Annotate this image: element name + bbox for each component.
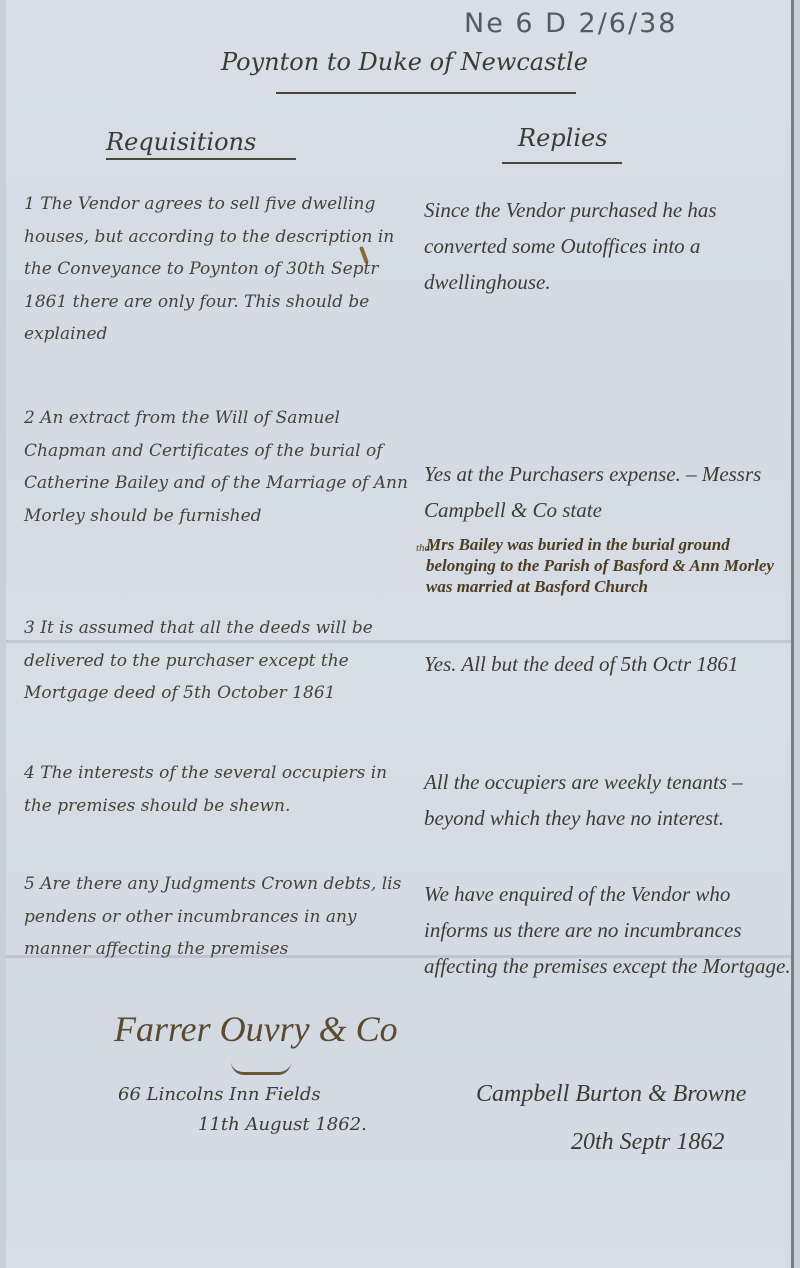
title-underline [276,92,576,94]
requisition-text: The interests of the several occupiers i… [24,763,387,816]
address: 66 Lincolns Inn Fields [118,1084,321,1105]
requisition-number: 2 [24,408,35,428]
insert-mark: that [416,538,433,559]
requisition-item: 4 The interests of the several occupiers… [24,757,414,822]
reply-item: Yes at the Purchasers expense. – Messrs … [424,456,794,528]
requisition-text: Are there any Judgments Crown debts, lis… [24,874,401,959]
requisition-text: It is assumed that all the deeds will be… [24,618,373,703]
requisition-number: 1 [24,194,35,214]
requisition-item: 3 It is assumed that all the deeds will … [24,612,414,710]
requisition-number: 4 [24,763,35,783]
reply-item: Yes. All but the deed of 5th Octr 1861 [424,646,794,682]
reply-item: We have enquired of the Vendor who infor… [424,876,794,984]
right-signature: Campbell Burton & Browne [476,1081,746,1107]
reply-item: Since the Vendor purchased he has conver… [424,192,794,300]
signature-flourish [231,1062,291,1075]
reply-item: All the occupiers are weekly tenants – b… [424,764,794,836]
replies-heading: Replies [518,124,608,152]
left-signature-block: 66 Lincolns Inn Fields 11th August 1862. [118,1080,367,1140]
requisition-item: 5 Are there any Judgments Crown debts, l… [24,868,414,966]
requisition-text: An extract from the Will of Samuel Chapm… [24,408,408,526]
document-title: Poynton to Duke of Newcastle [221,48,681,76]
signature-date: 11th August 1862. [118,1110,367,1140]
replies-heading-underline [502,162,622,164]
right-signature-block: Campbell Burton & Browne 20th Septr 1862 [476,1070,800,1166]
requisition-number: 3 [24,618,35,638]
reply-note-text: Mrs Bailey was buried in the burial grou… [426,535,774,596]
requisition-item: 1 The Vendor agrees to sell five dwellin… [24,188,414,351]
document-page: Ne 6 D 2/6/38 Poynton to Duke of Newcast… [6,0,794,1268]
requisition-number: 5 [24,874,35,894]
reply-note: that Mrs Bailey was buried in the burial… [426,534,796,597]
requisition-item: 2 An extract from the Will of Samuel Cha… [24,402,414,532]
requisitions-heading-underline [106,158,296,160]
left-signature: Farrer Ouvry & Co [114,1008,398,1050]
requisition-text: The Vendor agrees to sell five dwelling … [24,194,394,344]
archive-reference: Ne 6 D 2/6/38 [464,8,677,39]
signature-date: 20th Septr 1862 [476,1118,800,1166]
requisitions-heading: Requisitions [106,128,256,156]
